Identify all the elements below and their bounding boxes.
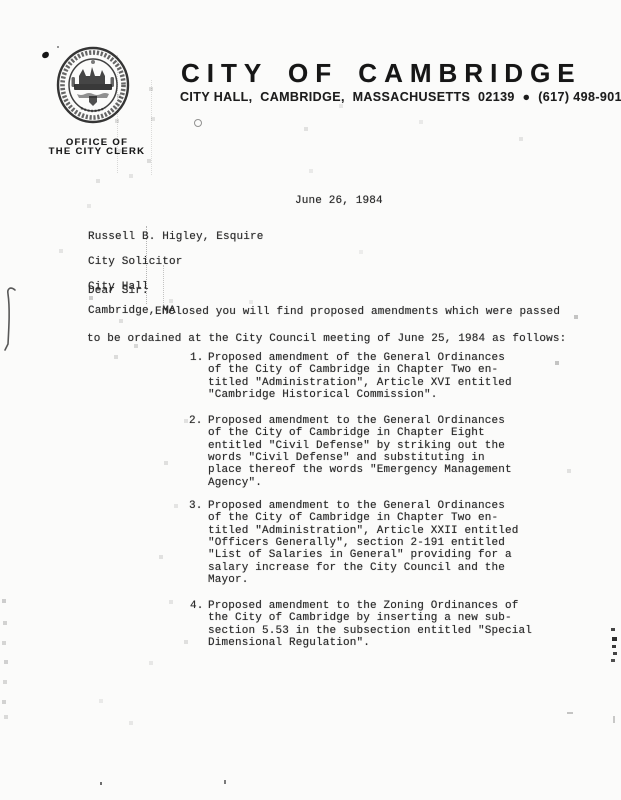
scan-noise (100, 782, 102, 785)
scan-edge-mark (613, 652, 617, 655)
recipient-name: Russell B. Higley, Esquire (88, 231, 264, 243)
letterhead-address: CITY HALL, CAMBRIDGE, MASSACHUSETTS 0213… (180, 90, 621, 104)
pen-mark (0, 284, 24, 358)
scan-streak (151, 80, 152, 175)
salutation: Dear Sir: (88, 285, 149, 297)
intro-line-2: to be ordained at the City Council meeti… (87, 333, 566, 345)
office-of-city-clerk-label: OFFICE OF THE CITY CLERK (22, 139, 172, 157)
letterhead-title: CITY OF CAMBRIDGE (181, 58, 582, 89)
scan-edge-mark (611, 659, 615, 662)
item-4-text: Proposed amendment to the Zoning Ordinan… (208, 600, 553, 649)
scan-noise (613, 716, 615, 723)
item-4-number: 4. (190, 600, 208, 612)
intro-line-1: Enclosed you will find proposed amendmen… (155, 306, 560, 318)
scan-noise-field (0, 0, 2, 2)
item-2-number: 2. (189, 415, 207, 427)
item-3-number: 3. (189, 500, 207, 512)
scan-ghost-mark (194, 119, 202, 127)
recipient-title: City Solicitor (88, 256, 264, 268)
scan-edge-mark (612, 637, 617, 641)
item-3-text: Proposed amendment to the General Ordina… (208, 500, 553, 586)
scan-noise (567, 712, 573, 714)
scan-corner-mark (41, 51, 49, 59)
item-1-text: Proposed amendment of the General Ordina… (208, 352, 553, 401)
city-seal-icon (53, 44, 133, 128)
item-2-text: Proposed amendment to the General Ordina… (208, 415, 553, 489)
letter-date: June 26, 1984 (295, 195, 383, 207)
scan-edge-mark (612, 645, 616, 648)
item-1-number: 1. (190, 352, 208, 364)
office-line-2: THE CITY CLERK (22, 148, 172, 157)
scan-noise (224, 780, 226, 784)
scan-edge-mark (611, 628, 615, 631)
scanned-letter-page: CITY OF CAMBRIDGE CITY HALL, CAMBRIDGE, … (0, 0, 621, 800)
